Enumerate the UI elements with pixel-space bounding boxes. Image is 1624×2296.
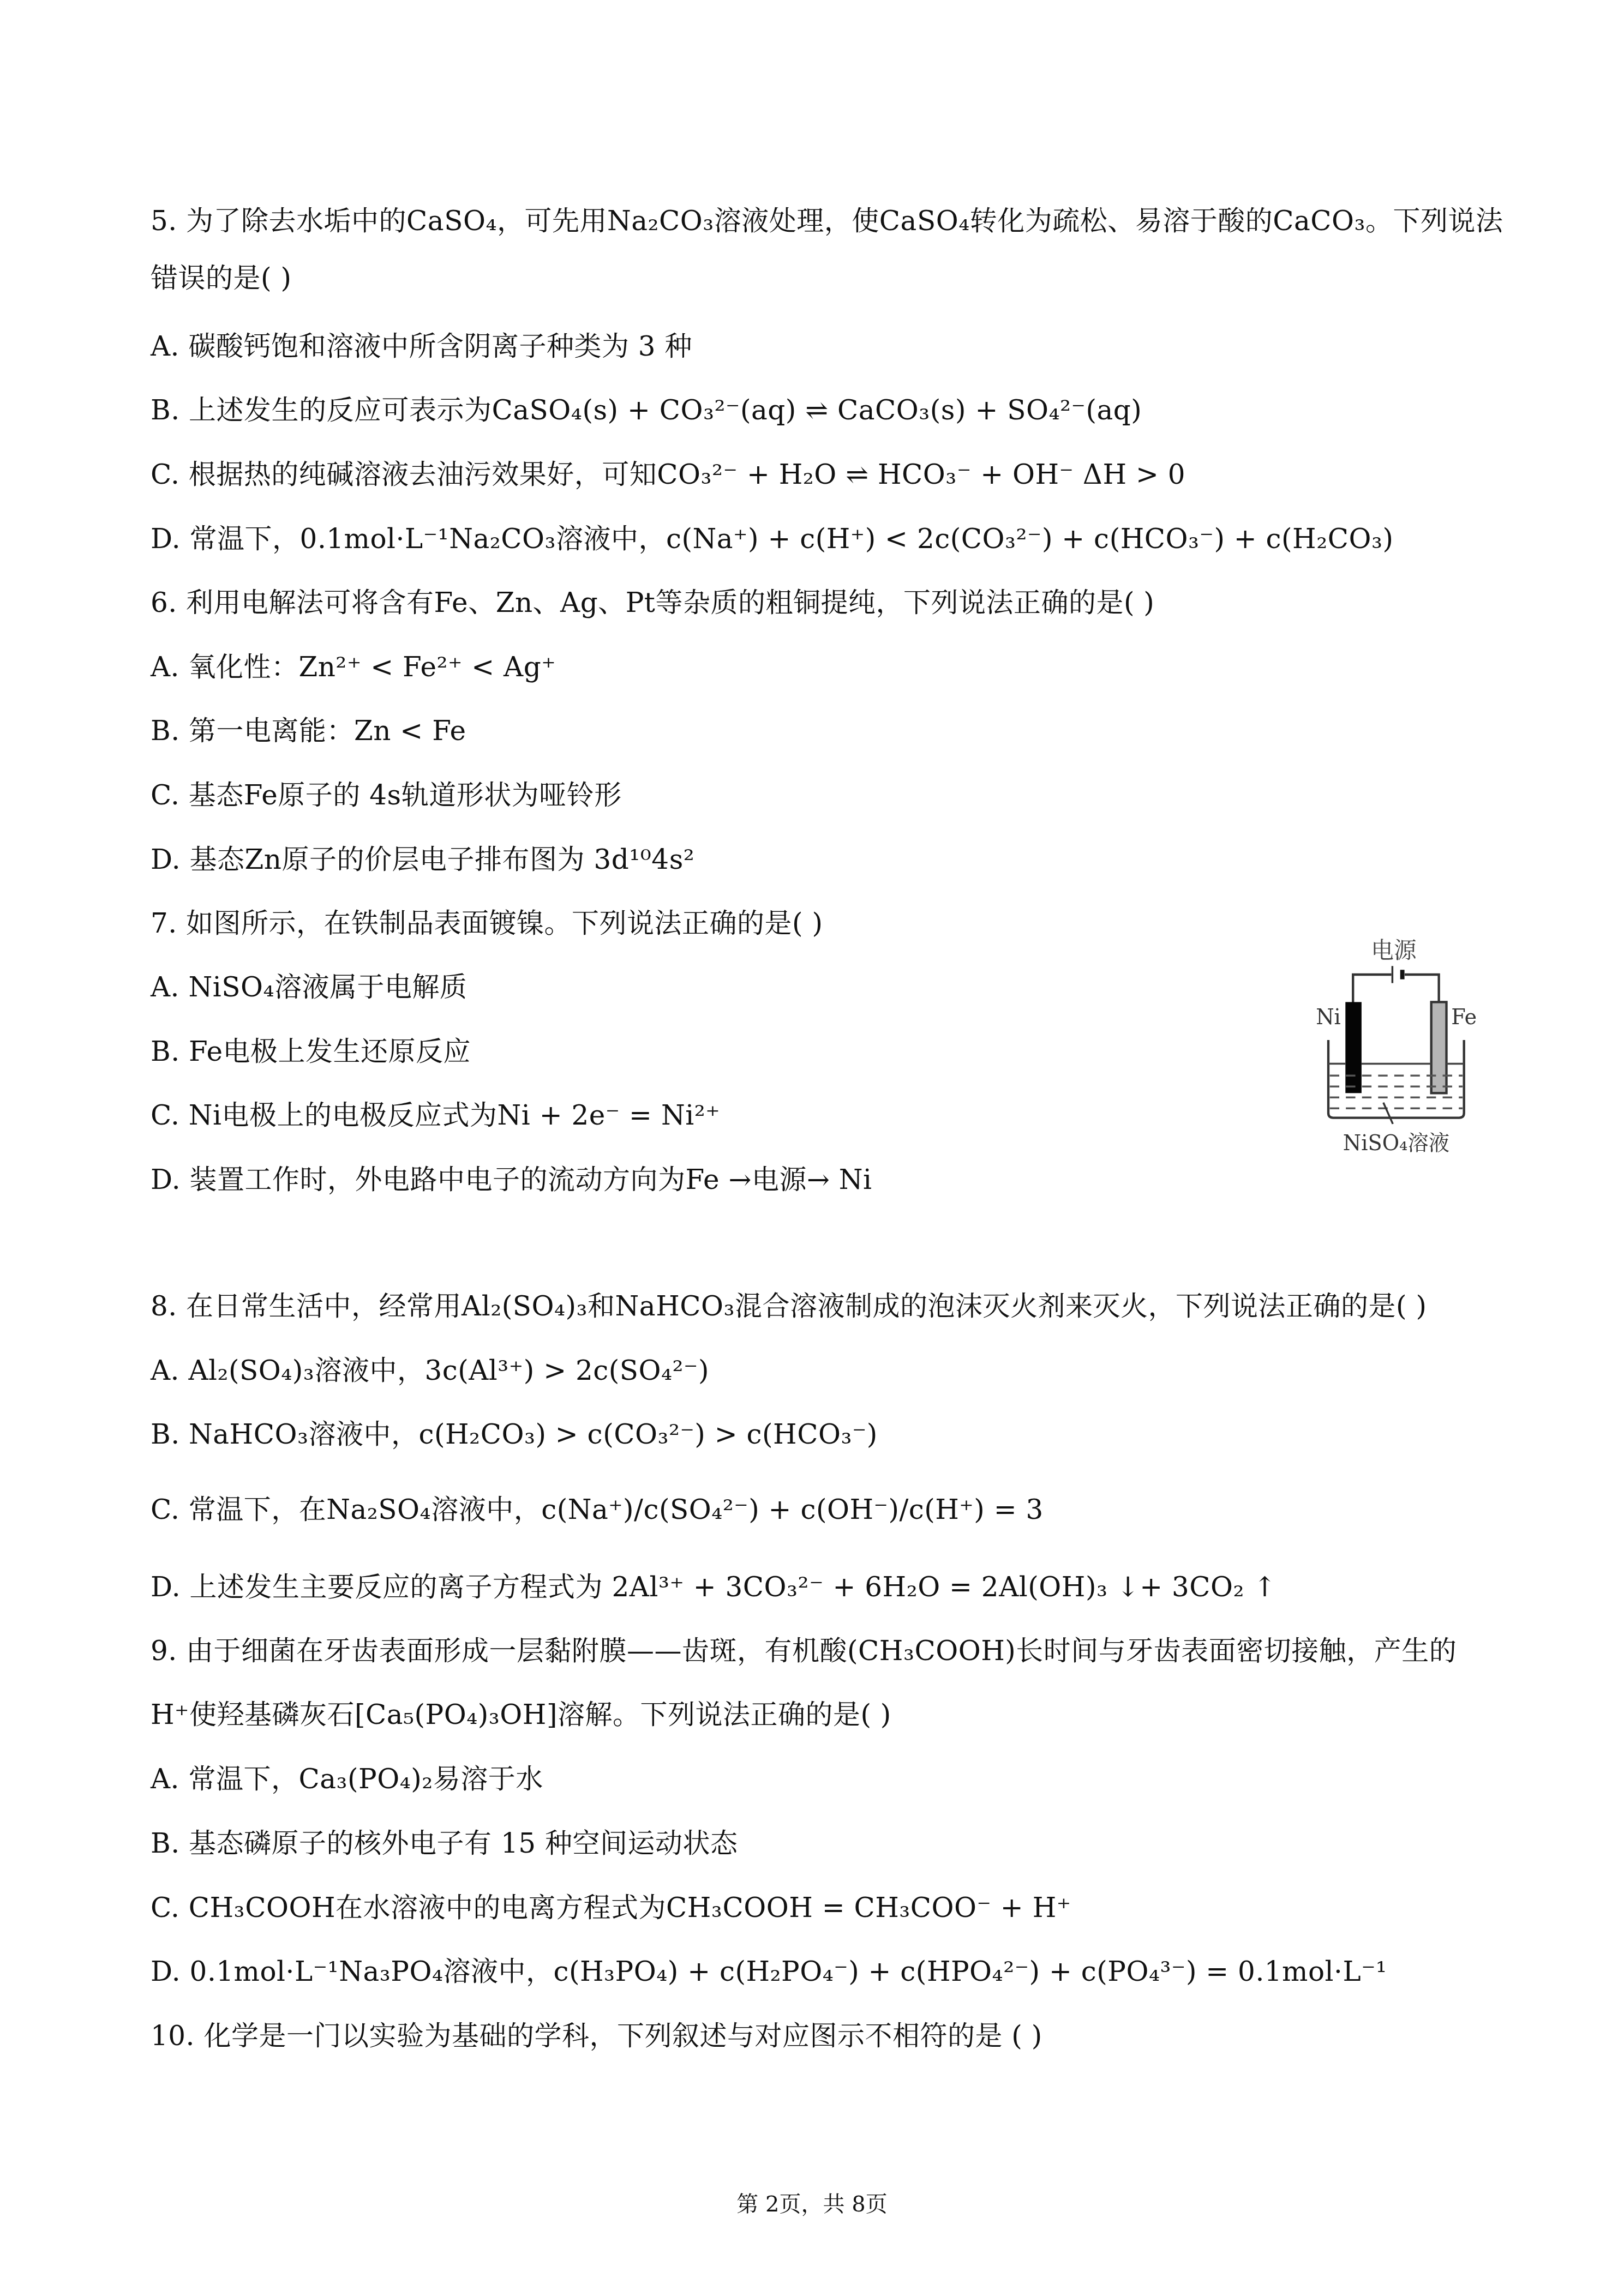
q7-option-b: B. Fe电极上发生还原反应 [151, 1035, 471, 1068]
q5-stem-line2: 错误的是( ) [151, 262, 291, 294]
q7-option-d: D. 装置工作时，外电路中电子的流动方向为Fe →电源→ Ni [151, 1163, 872, 1196]
electroplating-diagram: 电源 Ni Fe [1285, 905, 1503, 1167]
q7-option-a: A. NiSO₄溶液属于电解质 [151, 971, 467, 1003]
q8-option-a: A. Al₂(SO₄)₃溶液中，3c(Al³⁺) > 2c(SO₄²⁻) [151, 1354, 709, 1387]
fe-electrode [1431, 1002, 1447, 1093]
exam-page: 5. 为了除去水垢中的CaSO₄，可先用Na₂CO₃溶液处理，使CaSO₄转化为… [0, 0, 1624, 2296]
q8-option-c: C. 常温下，在Na₂SO₄溶液中，c(Na⁺)/c(SO₄²⁻) + c(OH… [151, 1493, 1044, 1526]
ni-electrode [1345, 1002, 1362, 1093]
solution-label: NiSO₄溶液 [1343, 1131, 1449, 1156]
q9-option-d: D. 0.1mol·L⁻¹Na₃PO₄溶液中，c(H₃PO₄) + c(H₂PO… [151, 1955, 1387, 1988]
q5-option-b: B. 上述发生的反应可表示为CaSO₄(s) + CO₃²⁻(aq) ⇌ CaC… [151, 394, 1142, 426]
q5-option-d: D. 常温下，0.1mol·L⁻¹Na₂CO₃溶液中，c(Na⁺) + c(H⁺… [151, 522, 1394, 555]
q9-stem-line2: H⁺使羟基磷灰石[Ca₅(PO₄)₃OH]溶解。下列说法正确的是( ) [151, 1698, 891, 1731]
q8-option-b: B. NaHCO₃溶液中，c(H₂CO₃) > c(CO₃²⁻) > c(HCO… [151, 1418, 878, 1451]
q5-option-c: C. 根据热的纯碱溶液去油污效果好，可知CO₃²⁻ + H₂O ⇌ HCO₃⁻ … [151, 458, 1185, 491]
power-source-label: 电源 [1371, 937, 1417, 964]
ni-label: Ni [1316, 1005, 1341, 1030]
q9-stem-line1: 9. 由于细菌在牙齿表面形成一层黏附膜——齿斑，有机酸(CH₃COOH)长时间与… [151, 1634, 1457, 1667]
page-footer: 第 2页，共 8页 [0, 2187, 1624, 2218]
q7-option-c: C. Ni电极上的电极反应式为Ni + 2e⁻ = Ni²⁺ [151, 1099, 720, 1132]
q8-option-d: D. 上述发生主要反应的离子方程式为 2Al³⁺ + 3CO₃²⁻ + 6H₂O… [151, 1571, 1277, 1603]
q6-option-b: B. 第一电离能：Zn < Fe [151, 714, 466, 747]
q5-stem-line1: 5. 为了除去水垢中的CaSO₄，可先用Na₂CO₃溶液处理，使CaSO₄转化为… [151, 205, 1503, 237]
q7-stem-line1: 7. 如图所示，在铁制品表面镀镍。下列说法正确的是( ) [151, 907, 823, 940]
q10-stem-line1: 10. 化学是一门以实验为基础的学科，下列叙述与对应图示不相符的是 ( ) [151, 2019, 1042, 2052]
q6-option-a: A. 氧化性：Zn²⁺ < Fe²⁺ < Ag⁺ [151, 651, 556, 683]
q9-option-a: A. 常温下，Ca₃(PO₄)₂易溶于水 [151, 1763, 543, 1795]
q8-stem-line1: 8. 在日常生活中，经常用Al₂(SO₄)₃和NaHCO₃混合溶液制成的泡沫灭火… [151, 1290, 1427, 1323]
q5-option-a: A. 碳酸钙饱和溶液中所含阴离子种类为 3 种 [151, 330, 692, 363]
q6-option-d: D. 基态Zn原子的价层电子排布图为 3d¹⁰4s² [151, 843, 694, 876]
fe-label: Fe [1451, 1005, 1477, 1030]
q6-option-c: C. 基态Fe原子的 4s轨道形状为哑铃形 [151, 779, 622, 812]
q9-option-c: C. CH₃COOH在水溶液中的电离方程式为CH₃COOH = CH₃COO⁻ … [151, 1891, 1071, 1924]
q6-stem-line1: 6. 利用电解法可将含有Fe、Zn、Ag、Pt等杂质的粗铜提纯，下列说法正确的是… [151, 586, 1154, 619]
q9-option-b: B. 基态磷原子的核外电子有 15 种空间运动状态 [151, 1827, 738, 1860]
